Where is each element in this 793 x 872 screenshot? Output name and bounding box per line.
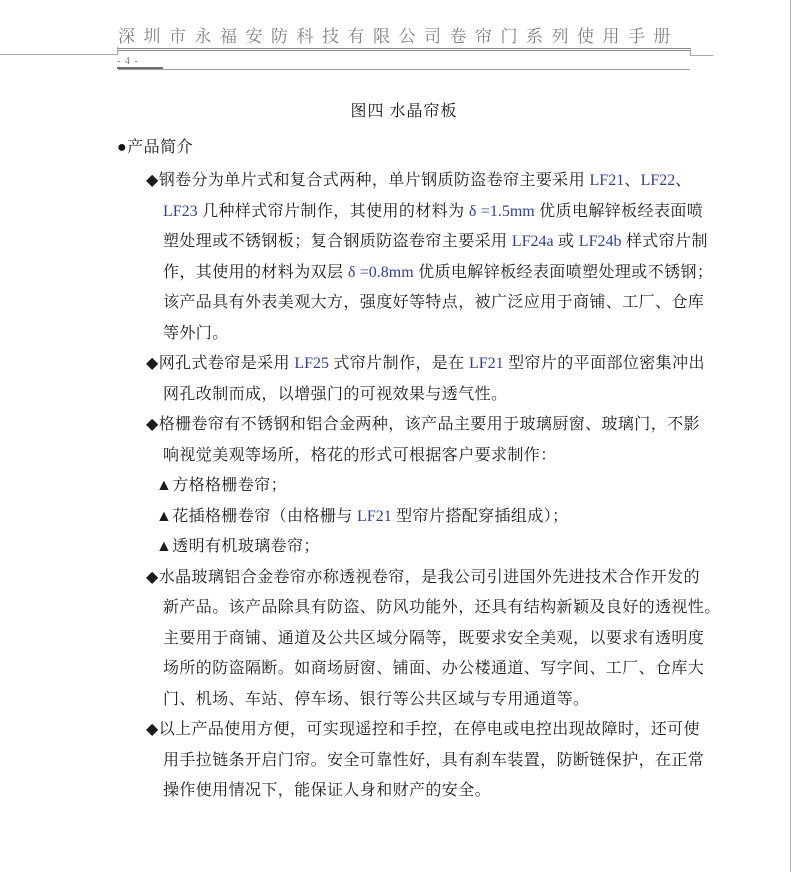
document-subitem-line: ▲花插格栅卷帘（由格栅与 LF21 型帘片搭配穿插组成）； [0, 502, 793, 533]
document-line: ◆格栅卷帘有不锈钢和铝合金两种，该产品主要用于玻璃厨窗、玻璃门，不影 [0, 410, 793, 441]
header-rule [118, 69, 690, 70]
header-company-title: 深圳市永福安防科技有限公司卷帘门系列使用手册 [118, 26, 690, 51]
document-line: 网孔改制而成，以增强门的可视效果与透气性。 [0, 380, 793, 411]
document-subitem-line: ▲方格格栅卷帘； [0, 471, 793, 502]
document-line: ◆以上产品使用方便，可实现遥控和手控，在停电或电控出现故障时，还可使 [0, 715, 793, 746]
document-line: 新产品。该产品除具有防盗、防风功能外，还具有结构新颖及良好的透视性。 [0, 593, 793, 624]
document-line: ◆钢卷分为单片式和复合式两种，单片钢质防盗卷帘主要采用 LF21、LF22、 [0, 166, 793, 197]
header-right-stub-line [690, 55, 713, 56]
document-line: 该产品具有外表美观大方，强度好等特点，被广泛应用于商铺、工厂、仓库 [0, 288, 793, 319]
document-line: 响视觉美观等场所，格花的形式可根据客户要求制作： [0, 441, 793, 472]
document-line: LF23 几种样式帘片制作，其使用的材料为 δ =1.5mm 优质电解锌板经表面… [0, 197, 793, 228]
document-body: ◆钢卷分为单片式和复合式两种，单片钢质防盗卷帘主要采用 LF21、LF22、 L… [0, 166, 793, 807]
document-line: ◆水晶玻璃铝合金卷帘亦称透视卷帘，是我公司引进国外先进技术合作开发的 [0, 563, 793, 594]
document-line: 用手拉链条开启门帘。安全可靠性好，具有刹车装置，防断链保护，在正常 [0, 746, 793, 777]
document-subitem-line: ▲透明有机玻璃卷帘； [0, 532, 793, 563]
figure-caption: 图四 水晶帘板 [118, 102, 690, 122]
header-left-stub-line [0, 54, 118, 55]
document-page: 深圳市永福安防科技有限公司卷帘门系列使用手册 - 4 - 图四 水晶帘板 ●产品… [0, 0, 793, 872]
document-line: 操作使用情况下，能保证人身和财产的安全。 [0, 776, 793, 807]
document-line: 等外门。 [0, 319, 793, 350]
document-line: 门、机场、车站、停车场、银行等公共区域与专用通道等。 [0, 685, 793, 716]
document-line: 场所的防盗隔断。如商场厨窗、铺面、办公楼通道、写字间、工厂、仓库大 [0, 654, 793, 685]
document-line: 主要用于商铺、通道及公共区域分隔等，既要求安全美观，以要求有透明度 [0, 624, 793, 655]
section-heading-product-intro: ●产品简介 [117, 138, 193, 158]
document-line: 塑处理或不锈钢板；复合钢质防盗卷帘主要采用 LF24a 或 LF24b 样式帘片… [0, 227, 793, 258]
document-line: 作，其使用的材料为双层 δ =0.8mm 优质电解锌板经表面喷塑处理或不锈钢； [0, 258, 793, 289]
header-left-stub-line [117, 47, 118, 55]
page-number: - 4 - [117, 56, 163, 69]
document-line: ◆网孔式卷帘是采用 LF25 式帘片制作，是在 LF21 型帘片的平面部位密集冲… [0, 349, 793, 380]
